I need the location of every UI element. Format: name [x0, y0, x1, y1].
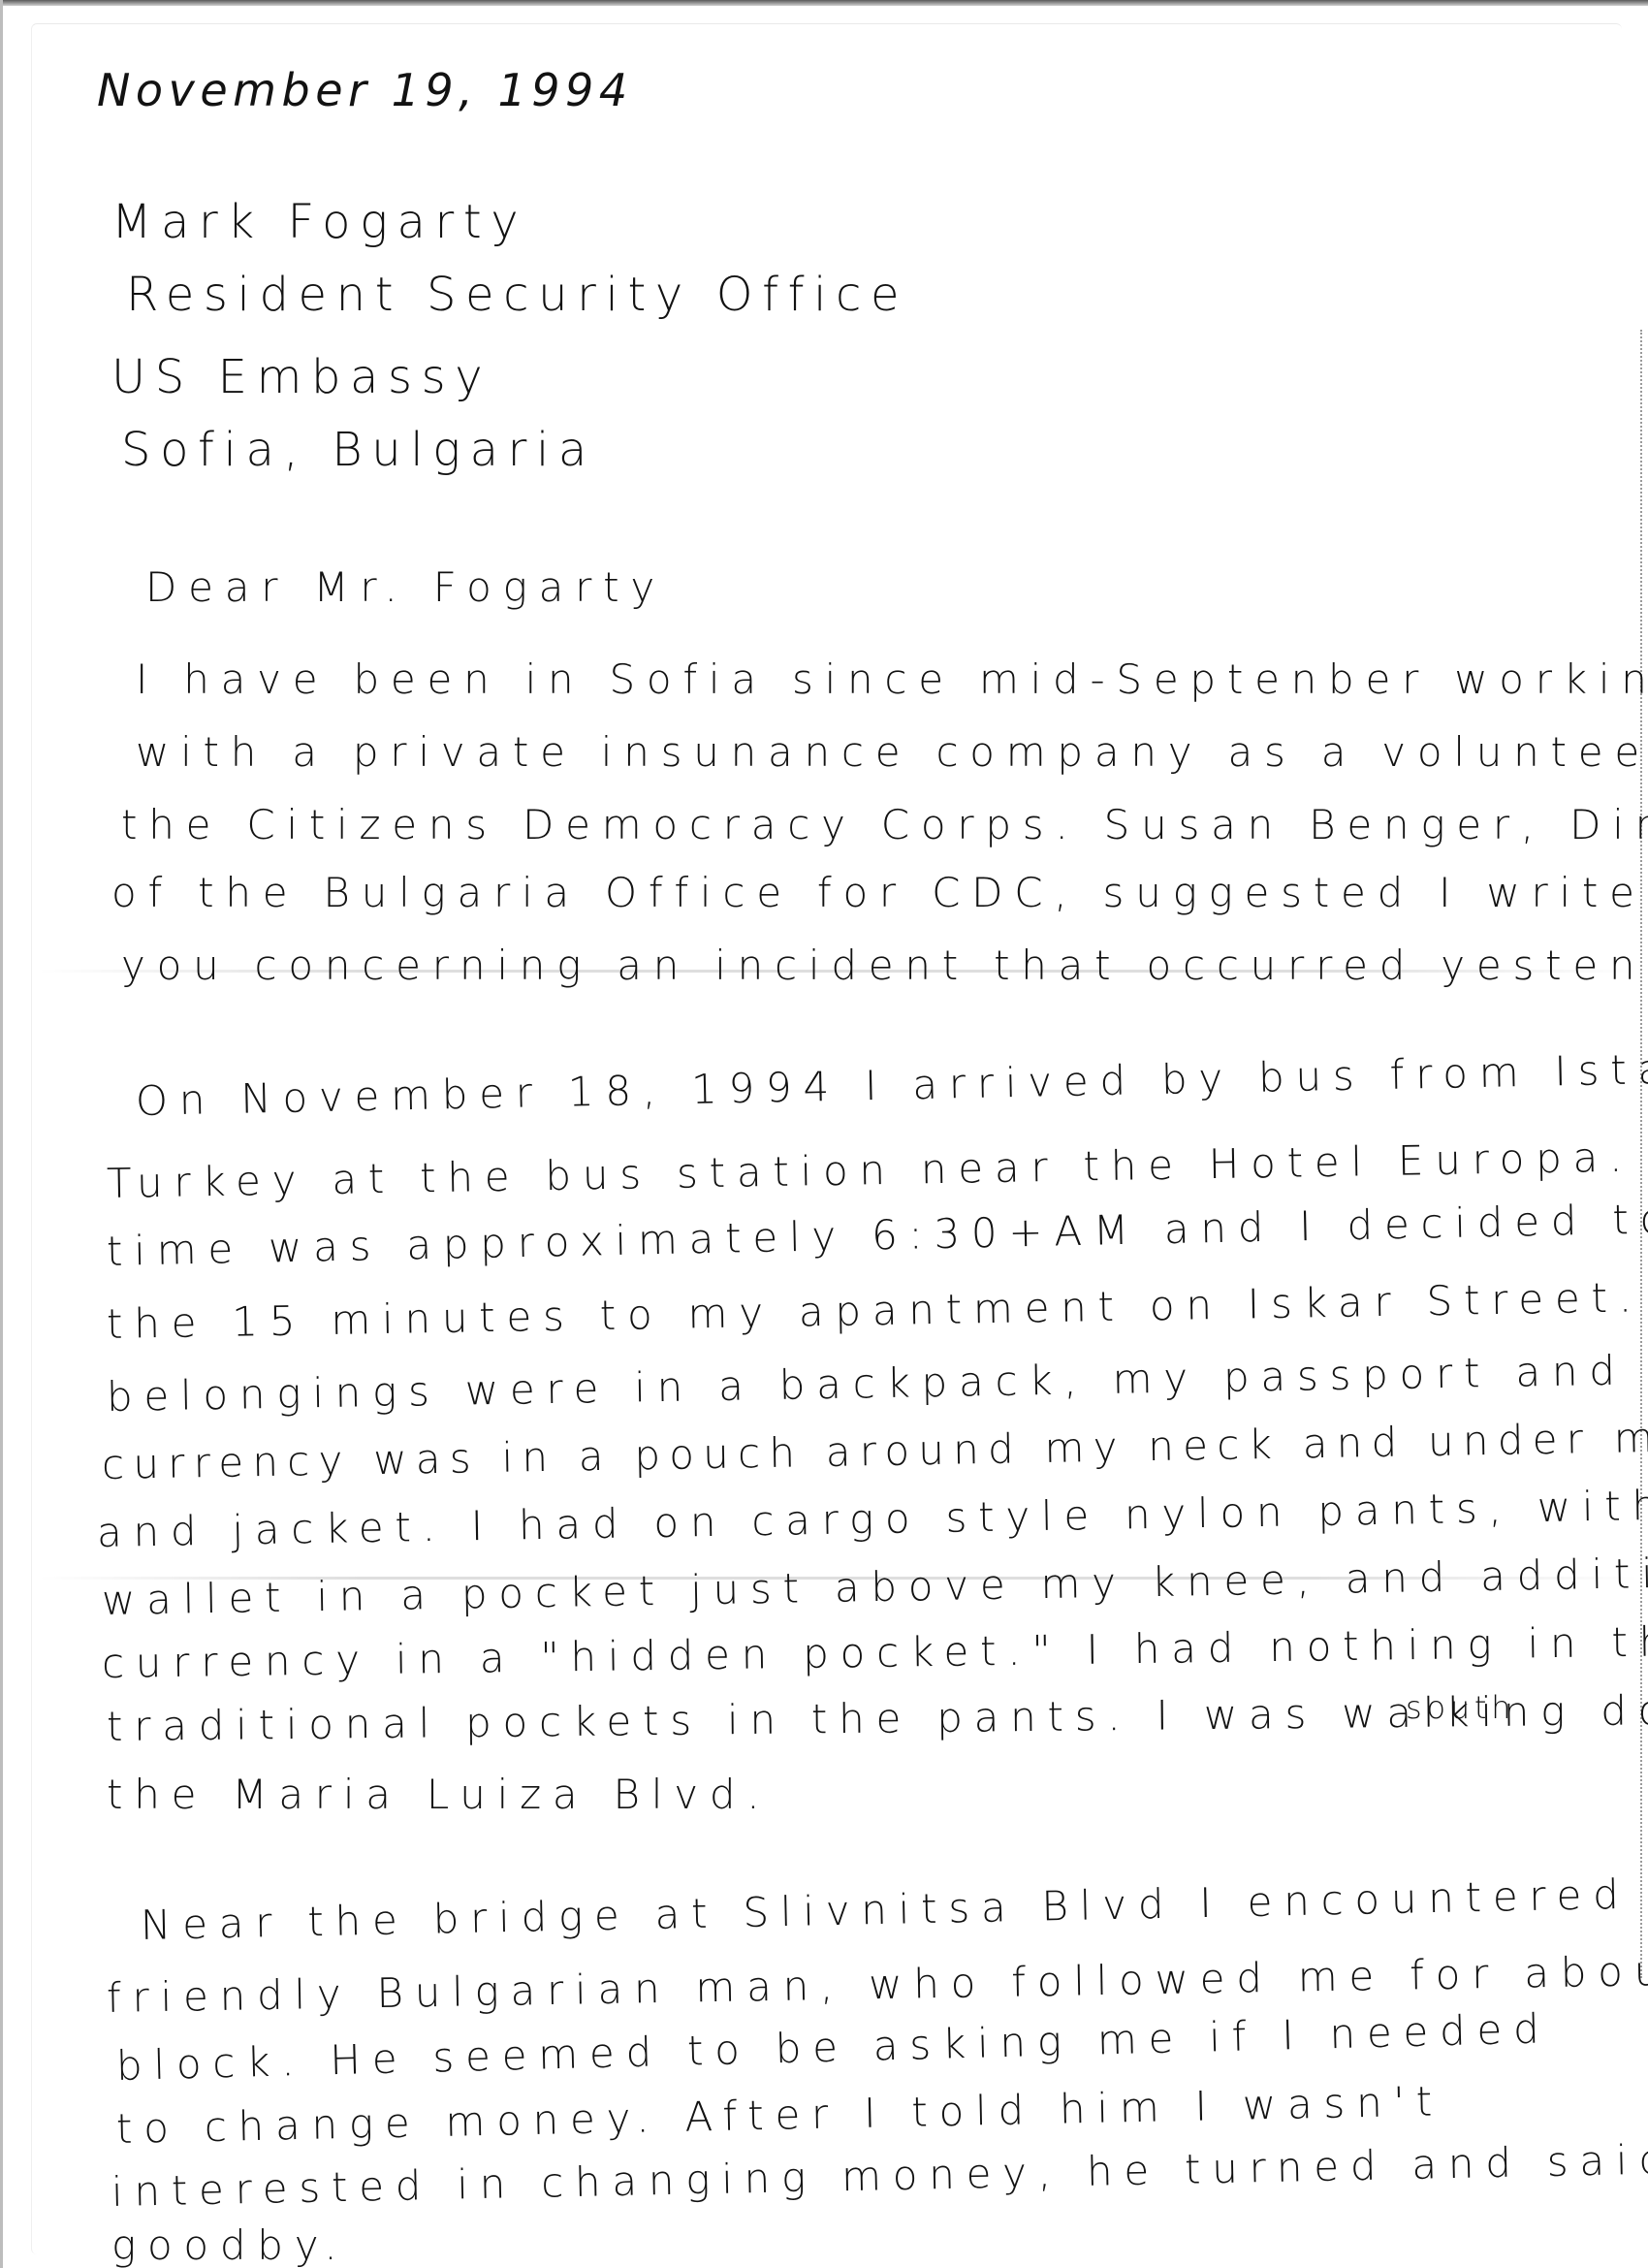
paragraph-line: the Maria Luiza Blvd. — [107, 1774, 771, 1815]
letter-date: November 19, 1994 — [97, 68, 633, 112]
scan-edge-left — [0, 0, 3, 2268]
recipient-organization: US Embassy — [111, 354, 491, 400]
paragraph-line: goodby. — [111, 2225, 348, 2266]
paragraph-line: I have been in Sofia since mid-Septenber… — [136, 659, 1648, 700]
scan-edge-top — [0, 0, 1648, 6]
salutation: Dear Mr. Fogarty — [145, 567, 666, 608]
paragraph-line: you concerning an incident that occurred… — [121, 945, 1648, 986]
recipient-name: Mark Fogarty — [111, 199, 527, 245]
recipient-office: Resident Security Office — [126, 272, 908, 318]
paragraph-line: the Citizens Democracy Corps. Susan Beng… — [121, 805, 1648, 846]
inserted-word-south: south — [1406, 1692, 1515, 1723]
paragraph-line: with a private insunance company as a vo… — [136, 732, 1648, 773]
recipient-city: Sofia, Bulgaria — [121, 427, 596, 473]
paragraph-line: of the Bulgaria Office for CDC, suggeste… — [111, 873, 1646, 913]
